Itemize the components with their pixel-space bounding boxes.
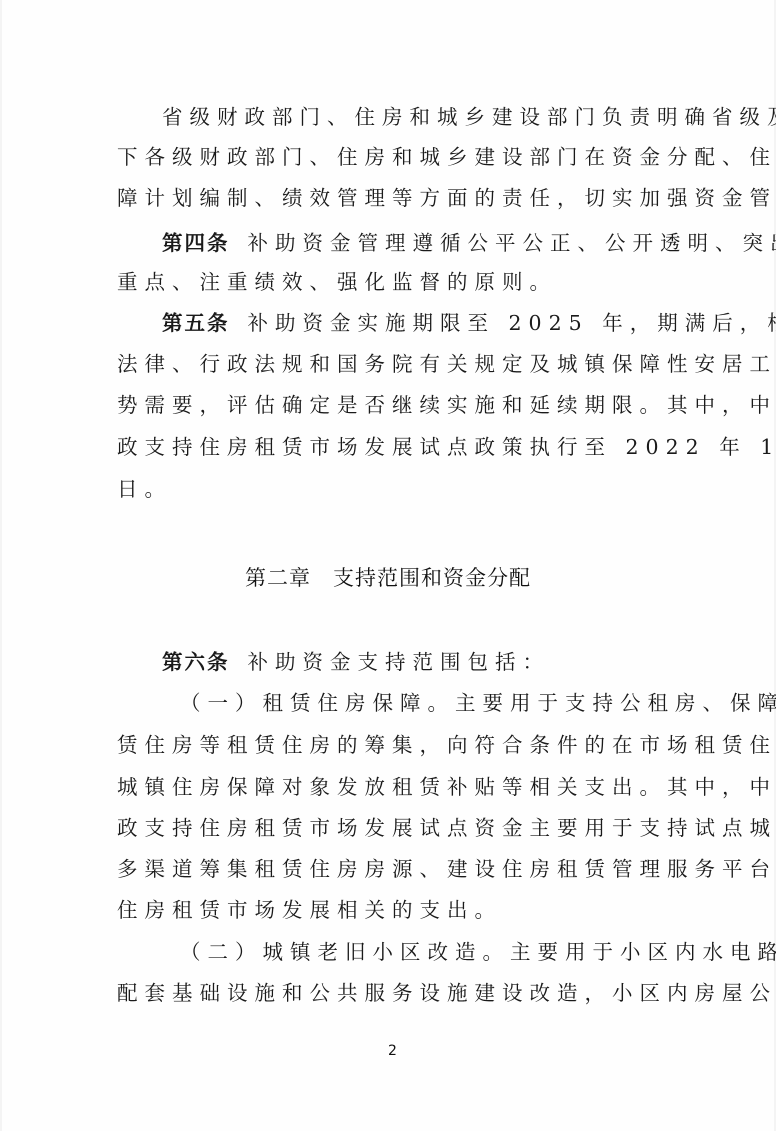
paragraph-line: 政支持住房租赁市场发展试点政策执行至 2022 年 12 月 31 bbox=[117, 432, 669, 462]
paragraph-line: 住房租赁市场发展相关的支出。 bbox=[117, 895, 669, 925]
article-text: 补助资金支持范围包括： bbox=[248, 650, 551, 674]
article-5-line: 第五条补助资金实施期限至 2025 年，期满后，根据 bbox=[162, 308, 669, 338]
list-item-line: （二）城镇老旧小区改造。主要用于小区内水电路气等 bbox=[180, 937, 669, 967]
article-label: 第五条 bbox=[162, 311, 230, 335]
paragraph-line: 政支持住房租赁市场发展试点资金主要用于支持试点城市 bbox=[117, 813, 669, 843]
paragraph-line: 配套基础设施和公共服务设施建设改造，小区内房屋公共区 bbox=[117, 978, 669, 1008]
chapter-title: 支持范围和资金分配 bbox=[333, 566, 531, 590]
article-text: 补助资金管理遵循公平公正、公开透明、突出 bbox=[248, 231, 776, 255]
paragraph-line: 法律、行政法规和国务院有关规定及城镇保障性安居工程形 bbox=[117, 349, 669, 379]
paragraph-line: 赁住房等租赁住房的筹集，向符合条件的在市场租赁住房的 bbox=[117, 730, 669, 760]
paragraph-line: 重点、注重绩效、强化监督的原则。 bbox=[117, 267, 669, 297]
article-4-line: 第四条补助资金管理遵循公平公正、公开透明、突出 bbox=[162, 228, 669, 258]
document-page: 省级财政部门、住房和城乡建设部门负责明确省级及以 下各级财政部门、住房和城乡建设… bbox=[0, 0, 776, 1131]
chapter-heading: 第二章支持范围和资金分配 bbox=[0, 562, 776, 592]
paragraph-line: 下各级财政部门、住房和城乡建设部门在资金分配、住房保 bbox=[117, 142, 669, 172]
paragraph-line: 城镇住房保障对象发放租赁补贴等相关支出。其中，中央财 bbox=[117, 772, 669, 802]
page-number: 2 bbox=[388, 1043, 397, 1059]
paragraph-line: 省级财政部门、住房和城乡建设部门负责明确省级及以 bbox=[162, 102, 669, 132]
paragraph-line: 势需要，评估确定是否继续实施和延续期限。其中，中央财 bbox=[117, 390, 669, 420]
paragraph-line: 障计划编制、绩效管理等方面的责任，切实加强资金管理。 bbox=[117, 183, 669, 213]
article-label: 第四条 bbox=[162, 231, 230, 255]
article-6-line: 第六条补助资金支持范围包括： bbox=[162, 647, 669, 677]
paragraph-line: 日。 bbox=[117, 474, 669, 504]
paragraph-line: 多渠道筹集租赁住房房源、建设住房租赁管理服务平台等与 bbox=[117, 854, 669, 884]
article-text: 补助资金实施期限至 2025 年，期满后，根据 bbox=[248, 311, 776, 335]
chapter-number: 第二章 bbox=[245, 566, 311, 590]
article-label: 第六条 bbox=[162, 650, 230, 674]
list-item-line: （一）租赁住房保障。主要用于支持公租房、保障性租 bbox=[180, 688, 669, 718]
